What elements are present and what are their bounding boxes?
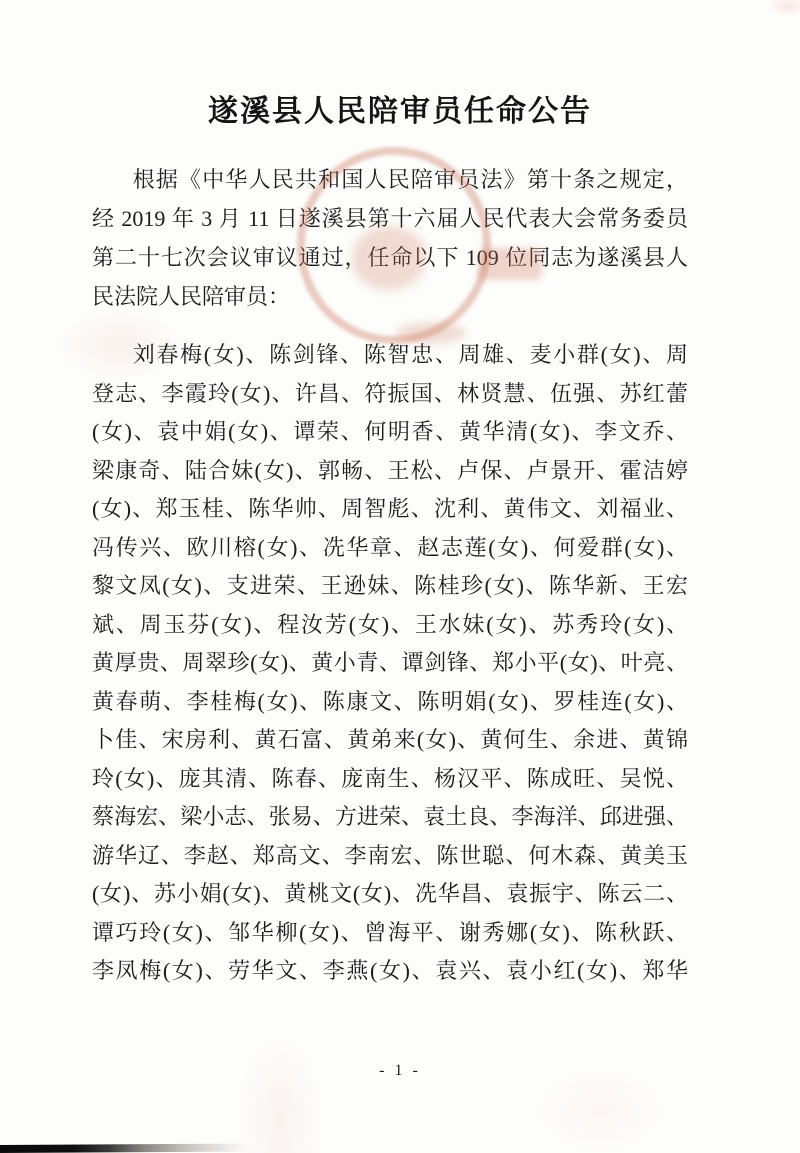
scan-edge-artifact [0,1143,258,1153]
name-list-line: 登志、李霞玲(女)、许昌、符振国、林贤慧、伍强、苏红蕾 [92,375,688,414]
name-list-line: 游华辽、李赵、郑高文、李南宏、陈世聪、何木森、黄美玉 [92,837,688,876]
name-list-line: 蔡海宏、梁小志、张易、方进荣、袁土良、李海洋、邱进强、 [92,798,688,837]
name-list-line: 黄厚贵、周翠珍(女)、黄小青、谭剑锋、郑小平(女)、叶亮、 [92,644,688,683]
name-list-line: 谭巧玲(女)、邹华柳(女)、曾海平、谢秀娜(女)、陈秋跃、 [92,914,688,953]
name-list-line: 黎文凤(女)、支进荣、王逊妹、陈桂珍(女)、陈华新、王宏 [92,567,688,606]
intro-line: 第二十七次会议审议通过，任命以下 109 位同志为遂溪县人 [92,238,688,277]
intro-line: 根据《中华人民共和国人民陪审员法》第十条之规定， [92,160,688,199]
name-list-line: (女)、袁中娟(女)、谭荣、何明香、黄华清(女)、李文乔、 [92,413,688,452]
name-list-line: 梁康奇、陆合妹(女)、郭畅、王松、卢保、卢景开、霍洁婷 [92,452,688,491]
name-list-line: 刘春梅(女)、陈剑锋、陈智忠、周雄、麦小群(女)、周 [92,336,688,375]
page-number: - 1 - [0,1062,800,1080]
document-page: 遂溪县人民陪审员任命公告 根据《中华人民共和国人民陪审员法》第十条之规定， 经 … [0,0,800,1153]
name-list-line: 斌、周玉芬(女)、程汝芳(女)、王水妹(女)、苏秀玲(女)、 [92,606,688,645]
name-list: 刘春梅(女)、陈剑锋、陈智忠、周雄、麦小群(女)、周 登志、李霞玲(女)、许昌、… [92,336,688,991]
name-list-line: 玲(女)、庞其清、陈春、庞南生、杨汉平、陈成旺、吴悦、 [92,760,688,799]
name-list-line: 冯传兴、欧川榕(女)、冼华章、赵志莲(女)、何爱群(女)、 [92,529,688,568]
intro-line: 民法院人民陪审员： [92,277,688,316]
document-title: 遂溪县人民陪审员任命公告 [0,86,800,130]
name-list-line: 黄春萌、李桂梅(女)、陈康文、陈明娟(女)、罗桂连(女)、 [92,683,688,722]
name-list-line: (女)、苏小娟(女)、黄桃文(女)、冼华昌、袁振宇、陈云二、 [92,875,688,914]
intro-paragraph: 根据《中华人民共和国人民陪审员法》第十条之规定， 经 2019 年 3 月 11… [92,160,688,316]
name-list-line: (女)、郑玉桂、陈华帅、周智彪、沈利、黄伟文、刘福业、 [92,490,688,529]
name-list-line: 卜佳、宋房利、黄石富、黄弟来(女)、黄何生、余进、黄锦 [92,721,688,760]
intro-line: 经 2019 年 3 月 11 日遂溪县第十六届人民代表大会常务委员 [92,199,688,238]
name-list-line: 李凤梅(女)、劳华文、李燕(女)、袁兴、袁小红(女)、郑华 [92,952,688,991]
